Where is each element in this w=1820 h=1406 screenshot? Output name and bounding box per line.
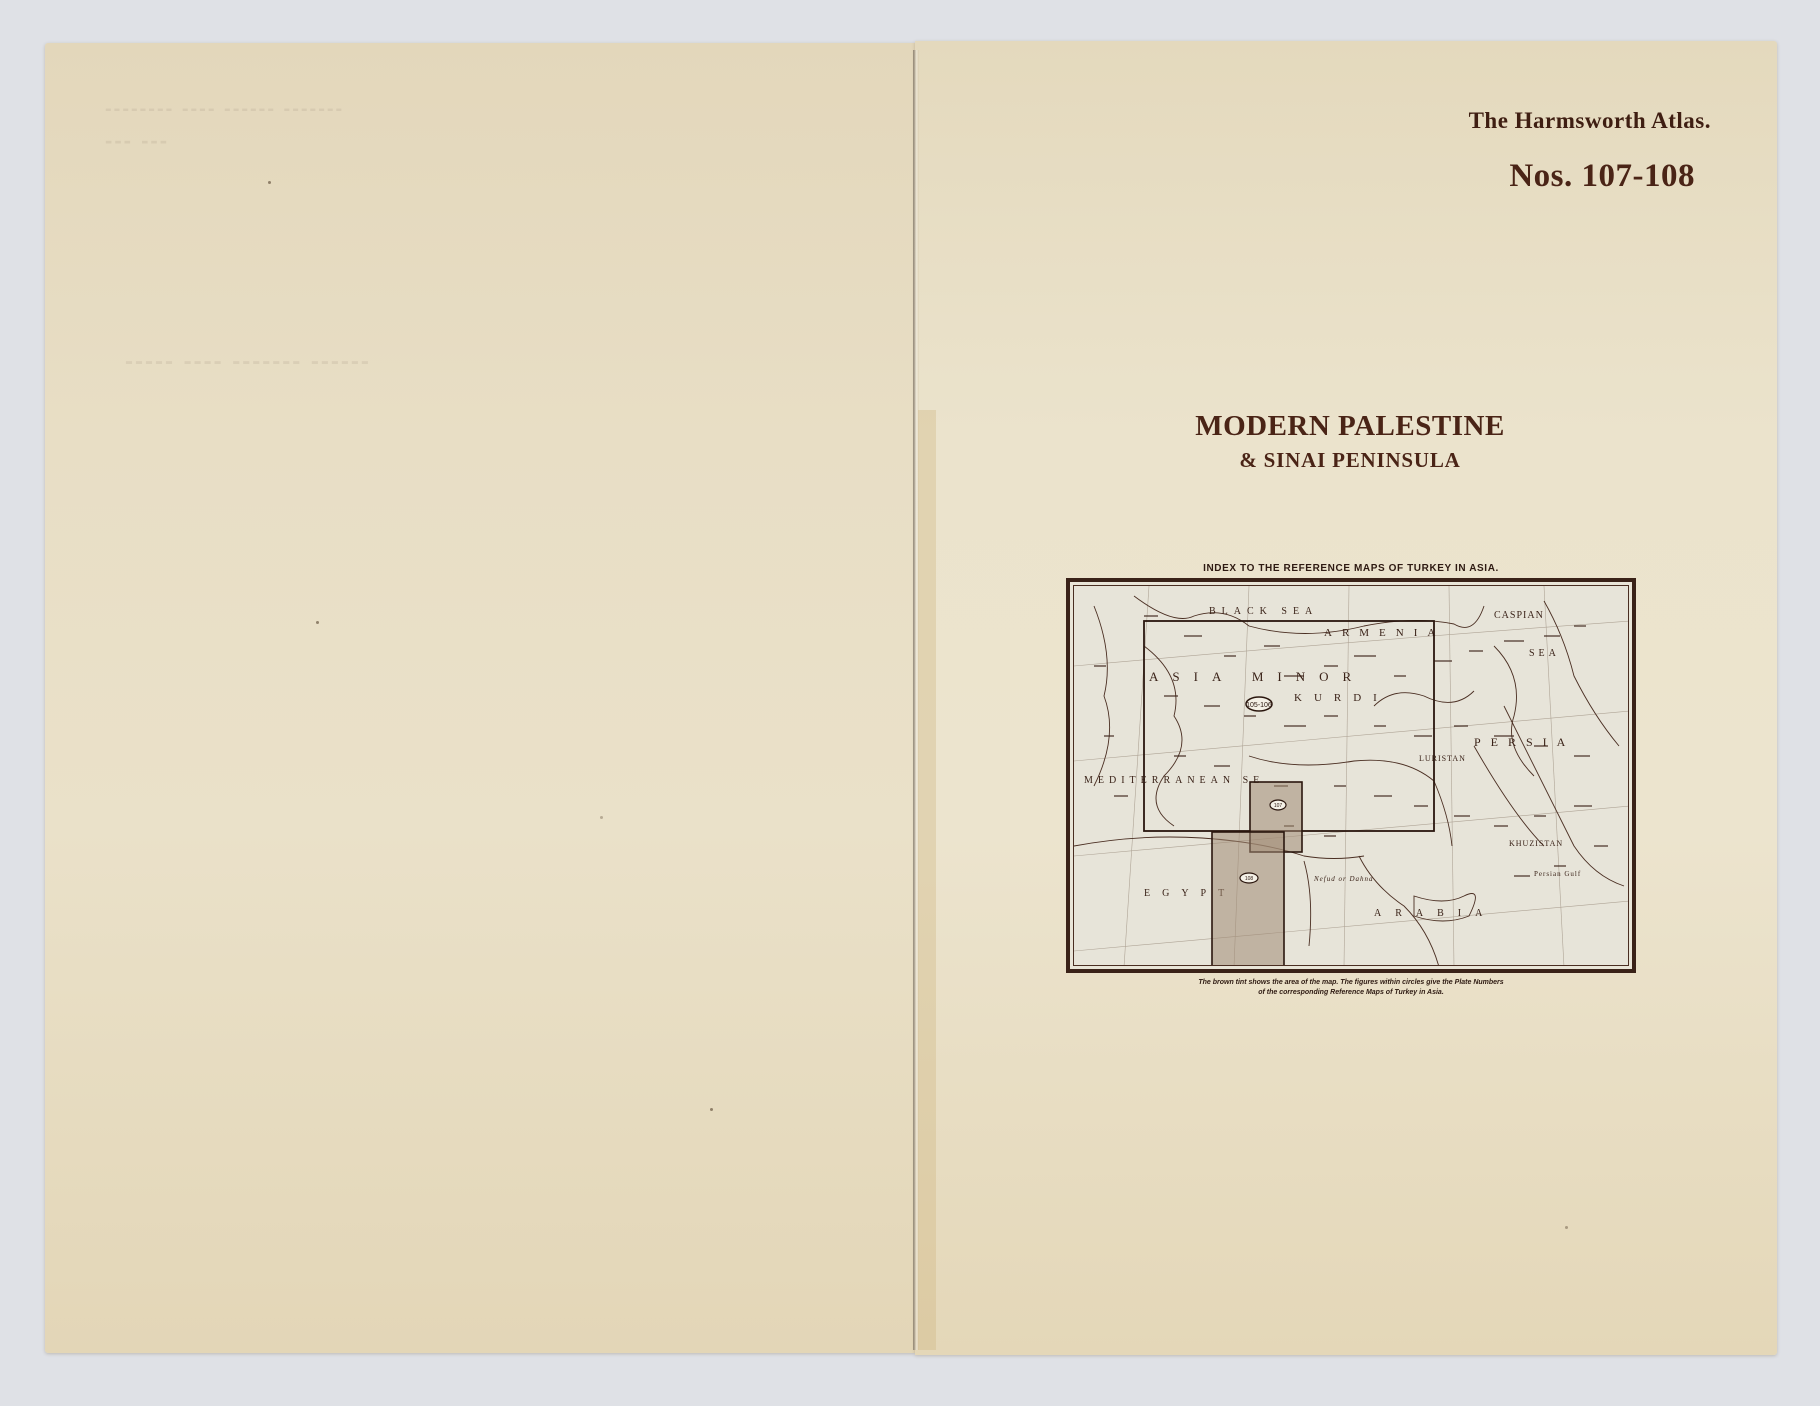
atlas-title: The Harmsworth Atlas. [1469,108,1711,134]
svg-text:PERSIA: PERSIA [1474,735,1575,749]
plate-label-105-106: 105-106 [1246,697,1272,711]
show-through-text: --- --- [105,128,169,154]
index-map-frame: BLACK SEA CASPIAN SEA MEDITERRANEAN SE E… [1073,585,1629,966]
show-through-text: -------- ---- ------ ------- [105,98,344,121]
svg-text:ASIA MINOR: ASIA MINOR [1149,669,1365,684]
index-map-title: INDEX TO THE REFERENCE MAPS OF TURKEY IN… [1066,563,1636,574]
svg-text:Nefud or Dahna: Nefud or Dahna [1313,875,1374,883]
svg-text:BLACK SEA: BLACK SEA [1209,606,1318,617]
foxing-spot [600,816,603,819]
foxing-spot [710,1108,713,1111]
plate-numbers: Nos. 107-108 [1509,158,1695,195]
map-title: MODERN PALESTINE [1180,410,1520,443]
svg-text:105-106: 105-106 [1246,702,1272,709]
svg-text:107: 107 [1274,803,1283,809]
svg-text:KHUZISTAN: KHUZISTAN [1509,839,1563,848]
plate-label-107: 107 [1270,800,1286,810]
svg-text:MEDITERRANEAN SE: MEDITERRANEAN SE [1084,775,1264,786]
map-subtitle: & SINAI PENINSULA [1180,448,1520,473]
index-map-caption: The brown tint shows the area of the map… [1066,978,1636,998]
svg-text:LURISTAN: LURISTAN [1419,754,1466,763]
svg-text:CASPIAN: CASPIAN [1494,610,1544,621]
svg-text:ARABIA: ARABIA [1374,908,1496,919]
show-through-text: ----- ---- ------- ------ [125,348,371,376]
svg-text:KURDI: KURDI [1294,692,1389,704]
svg-text:ARMENIA: ARMENIA [1324,627,1445,639]
left-page: -------- ---- ------ ------- --- --- ---… [45,43,915,1353]
index-map-graphic: BLACK SEA CASPIAN SEA MEDITERRANEAN SE E… [1074,586,1629,966]
foxing-spot [268,181,271,184]
svg-text:108: 108 [1245,876,1254,882]
foxing-spot [1565,1226,1568,1229]
plate-label-108: 108 [1240,873,1258,883]
spine-tape [918,410,936,1350]
caption-line-2: of the corresponding Reference Maps of T… [1066,988,1636,998]
foxing-spot [316,621,319,624]
svg-text:Persian Gulf: Persian Gulf [1534,870,1581,878]
caption-line-1: The brown tint shows the area of the map… [1066,978,1636,988]
index-map: BLACK SEA CASPIAN SEA MEDITERRANEAN SE E… [1066,578,1636,973]
svg-text:SEA: SEA [1529,648,1560,659]
